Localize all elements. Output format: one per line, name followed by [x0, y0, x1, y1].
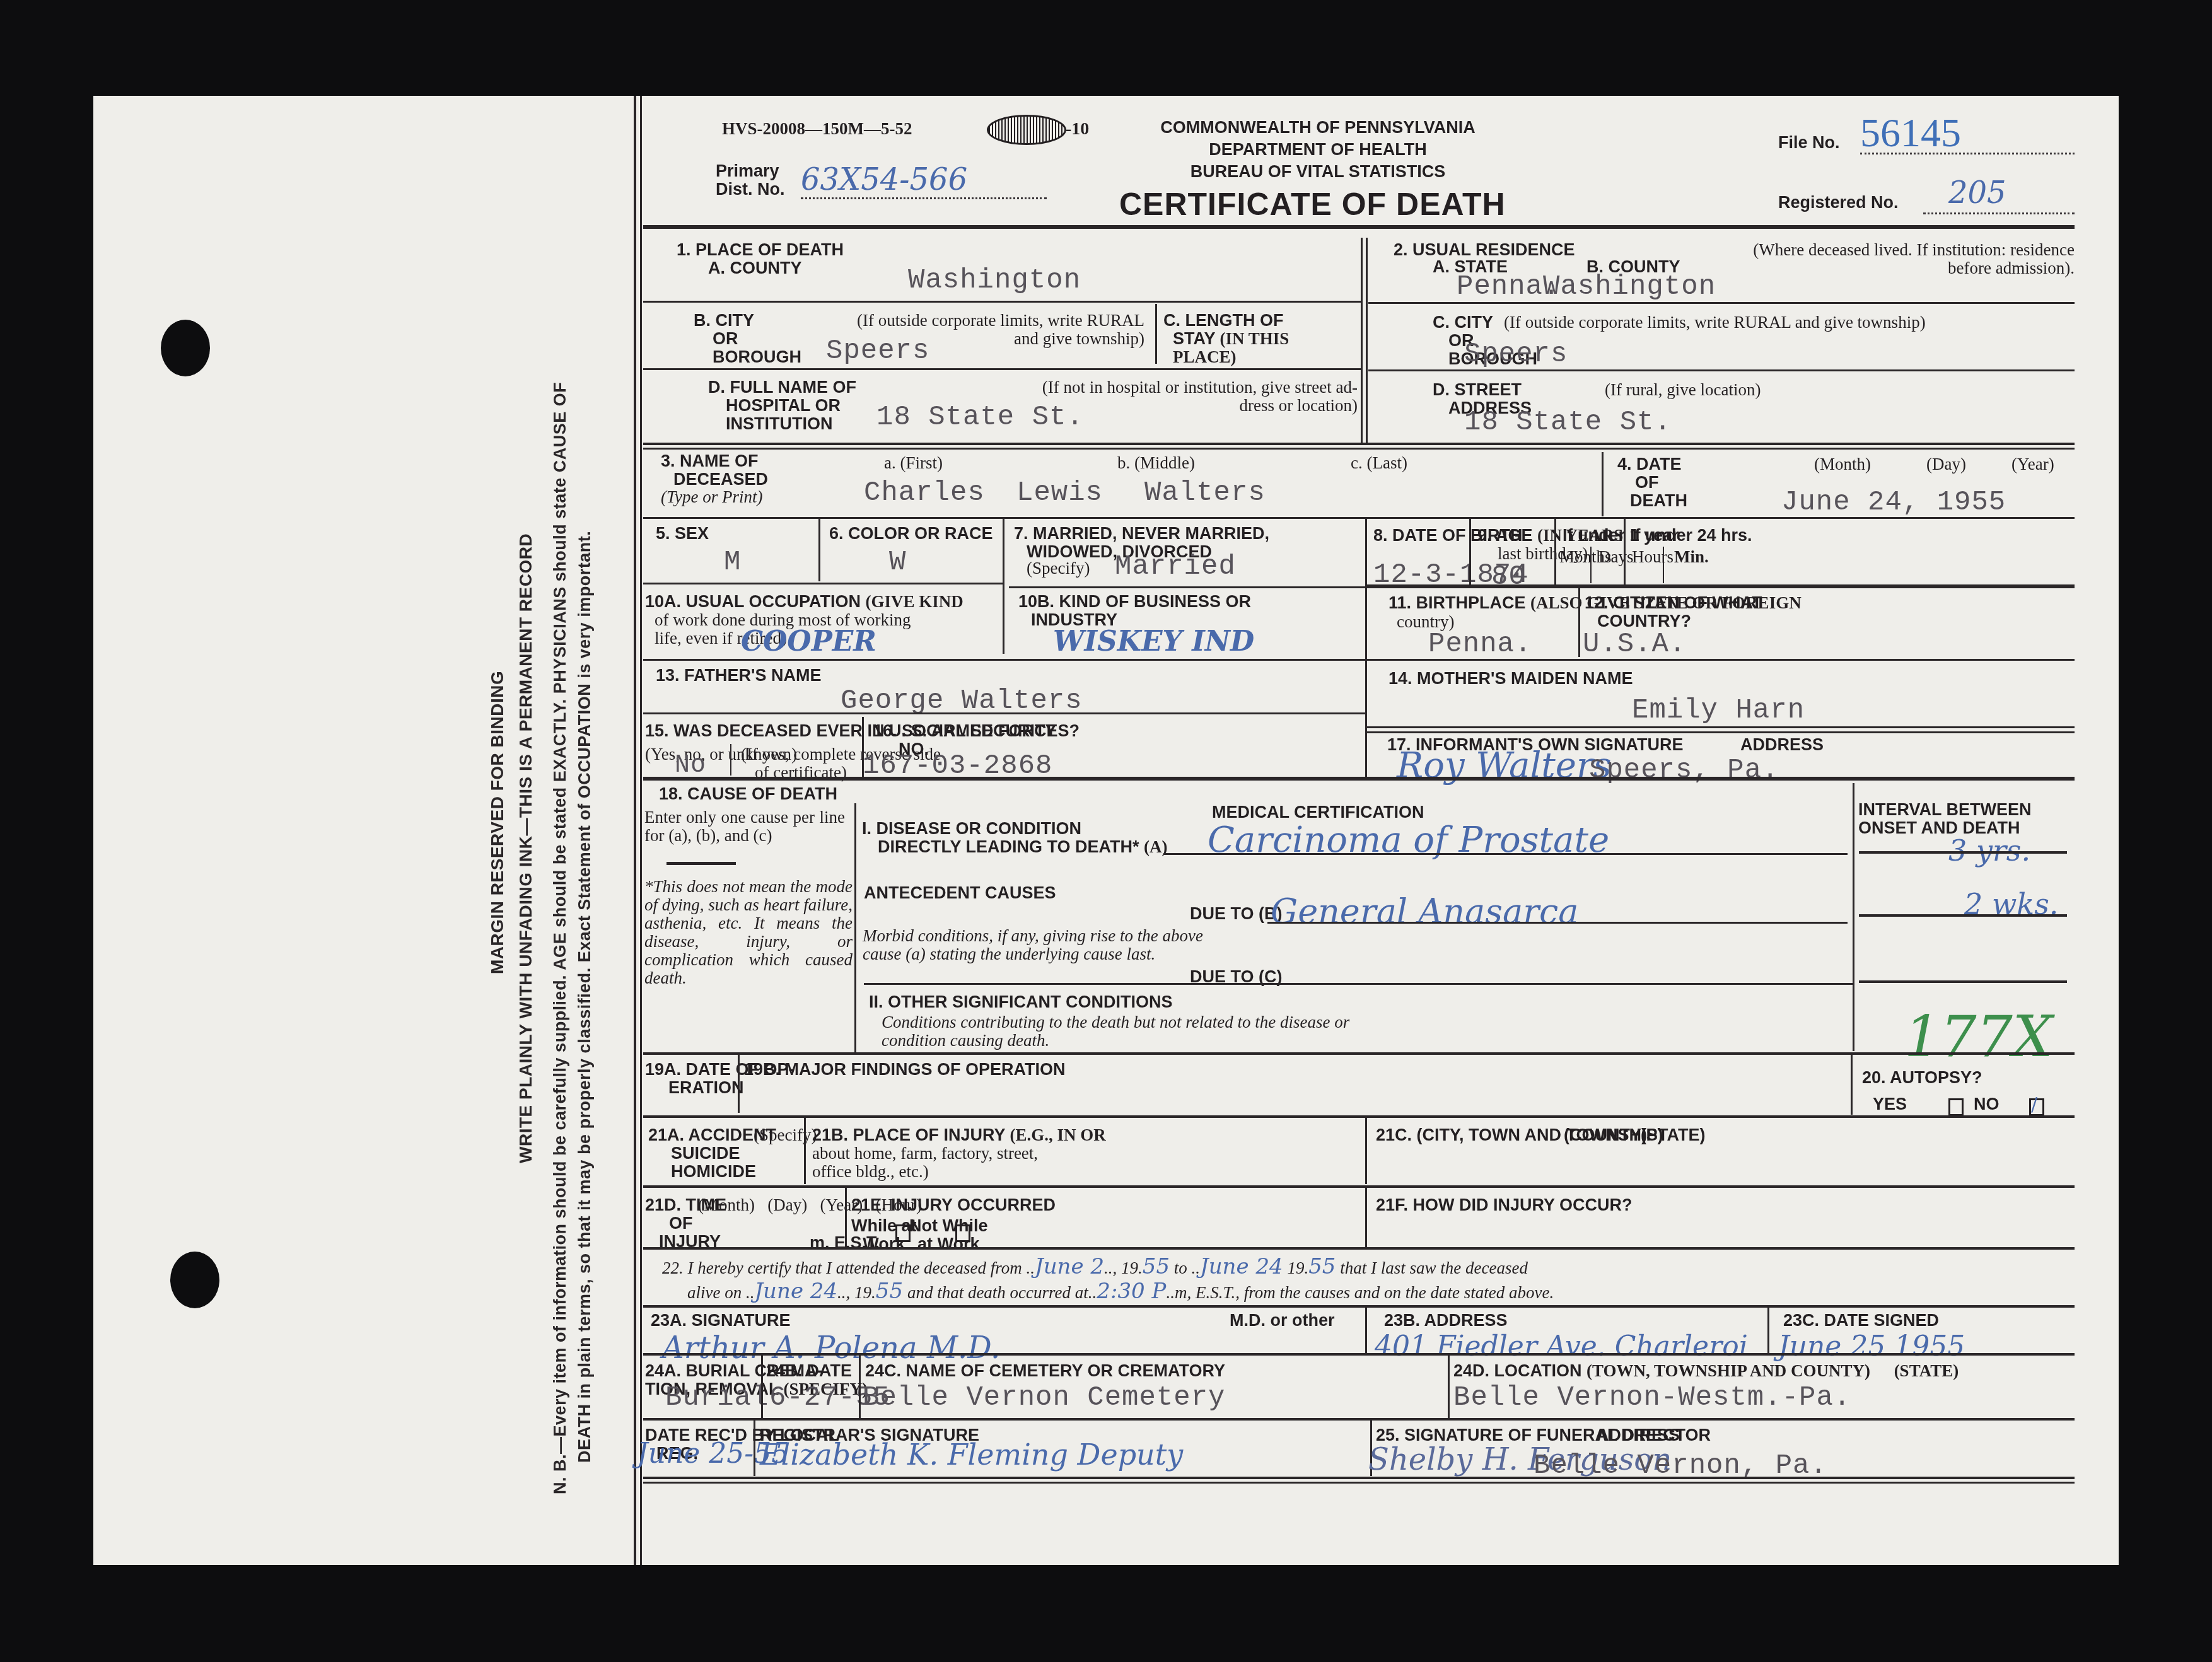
accident-specify: (Specify)	[754, 1126, 817, 1144]
res-street-value: 18 State St.	[1464, 407, 1672, 438]
autopsy-yes-label: YES	[1873, 1095, 1907, 1113]
rule	[643, 517, 2075, 519]
certify-line-2: alive on ..June 24.., 19.55 and that dea…	[687, 1282, 1554, 1302]
rule	[643, 1247, 2075, 1250]
section-rule	[643, 443, 2075, 445]
rule	[643, 301, 1361, 303]
injury-county-label: (COUNTY)	[1564, 1126, 1647, 1144]
punch-hole-top	[161, 320, 210, 376]
date-signed-value: June 25 1955	[1778, 1330, 1965, 1363]
disease-label: I. DISEASE OR CONDITIONDIRECTLY LEADING …	[862, 820, 1168, 856]
citizen-value: U.S.A.	[1583, 629, 1686, 660]
header-rule	[643, 225, 2075, 229]
under-24-label: If under 24 hrs.	[1630, 526, 1752, 545]
registered-no-field: 205	[1923, 184, 2075, 214]
res-street-note: (If rural, give location)	[1605, 381, 1761, 399]
operation-findings-label: 19b. MAJOR FINDINGS OF OPERATION	[744, 1061, 1066, 1079]
rule	[1365, 1118, 1367, 1184]
marital-value: Married	[1115, 551, 1236, 583]
rule	[1851, 1055, 1853, 1115]
place-of-death-county: Washington	[908, 265, 1081, 296]
rule	[859, 1356, 861, 1419]
how-injury-label: 21f. HOW DID INJURY OCCUR?	[1376, 1196, 1633, 1214]
burial-location-label: 24d. LOCATION (Town, township and county…	[1453, 1362, 1959, 1380]
agency-line-2: DEPARTMENT OF HEALTH	[1141, 140, 1494, 160]
rule	[730, 744, 731, 776]
hospital-value: 18 State St.	[876, 402, 1084, 433]
race-value: W	[889, 547, 906, 578]
punch-hole-bottom	[170, 1252, 219, 1308]
rule	[643, 1482, 2075, 1484]
dod-value: June 24, 1955	[1781, 487, 2006, 518]
business-label: 10b. KIND OF BUSINESS ORINDUSTRY	[1018, 593, 1251, 629]
name-type-or-print: (Type or Print)	[661, 488, 762, 506]
rule	[1624, 518, 1626, 584]
rule	[1009, 586, 2075, 588]
rule	[643, 1052, 2075, 1055]
rule	[1155, 304, 1157, 364]
attended-from-date: June 2	[1035, 1254, 1104, 1279]
mother-label: 14. MOTHER'S MAIDEN NAME	[1388, 670, 1633, 688]
min-label: Min.	[1674, 548, 1709, 566]
cause-label: 18. CAUSE OF DEATH	[659, 785, 837, 803]
rule	[643, 1477, 2075, 1479]
form-code: HVS-20008—150M—5-52	[722, 119, 912, 139]
cemetery-label: 24c. NAME OF CEMETERY OR CREMATORY	[865, 1362, 1225, 1380]
rule	[804, 1118, 806, 1184]
dod-year-label: (Year)	[2011, 455, 2054, 474]
rule	[643, 1418, 2075, 1421]
burial-type-value: Burial	[665, 1382, 769, 1414]
primary-dist-value: 63X54-566	[801, 162, 1047, 199]
agency-line-3: BUREAU OF VITAL STATISTICS	[1141, 162, 1494, 182]
first-name-value: Charles	[864, 477, 985, 509]
file-no-label: File No.	[1778, 134, 1840, 152]
rule	[667, 862, 736, 865]
autopsy-no-checkbox[interactable]: /	[2029, 1098, 2044, 1116]
rule	[1368, 302, 2075, 304]
sex-value: M	[724, 547, 741, 578]
res-county-value: Washington	[1543, 271, 1716, 303]
interval-label: INTERVAL BETWEENONSET AND DEATH	[1858, 801, 2032, 837]
rule	[1368, 369, 2075, 371]
death-time: 2:30 P	[1097, 1279, 1166, 1304]
due-to-b-label: DUE TO (b)	[1190, 905, 1283, 923]
interval-a-value: 3 yrs.	[1948, 834, 2030, 868]
rule	[754, 1421, 755, 1476]
physician-address-value: 401 Fiedler Ave. Charleroi	[1375, 1330, 1748, 1363]
dod-day-label: (Day)	[1926, 455, 1966, 474]
city-b-label: b. CITYORBOROUGH	[694, 311, 801, 366]
res-city-note: (If outside corporate limits, write RURA…	[1504, 313, 1926, 332]
res-city-value: Speers	[1464, 339, 1568, 370]
medical-cert-label: MEDICAL CERTIFICATION	[1212, 803, 1424, 822]
injury-state-label: (STATE)	[1641, 1126, 1705, 1144]
rule	[1448, 1356, 1450, 1419]
autopsy-label: 20. AUTOPSY?	[1862, 1069, 1982, 1087]
armed-forces-value: No	[675, 752, 706, 780]
injury-occurred-label: 21e. INJURY OCCURRED	[851, 1196, 1056, 1214]
rule	[818, 518, 820, 581]
antecedent-label: ANTECEDENT CAUSES	[864, 884, 1056, 902]
citizen-label: 12. CITIZEN OF WHATCOUNTRY?	[1585, 594, 1762, 631]
page-title: CERTIFICATE OF DEATH	[1119, 186, 1506, 223]
rule	[854, 803, 856, 1052]
rule	[1367, 584, 2075, 586]
informant-address-value: Speers, Pa.	[1589, 755, 1779, 786]
rule	[1590, 547, 1592, 583]
rule	[643, 1115, 2075, 1118]
md-or-other-label: M.D. or other	[1230, 1311, 1335, 1330]
place-of-injury-label: 21b. PLACE OF INJURY (e.g., in or	[812, 1126, 1106, 1144]
days-label: Days	[1598, 548, 1634, 566]
file-no-value: 56145	[1860, 110, 1961, 155]
rule	[1367, 726, 2075, 728]
occupation-label: 10a. USUAL OCCUPATION (Give kind	[645, 593, 963, 611]
sex-label: 5. SEX	[656, 525, 709, 543]
director-address-label: ADDRESS	[1597, 1426, 1680, 1444]
rule	[1859, 914, 2067, 917]
margin-nb-line1: N. B.—Every item of information should b…	[550, 382, 570, 1494]
dod-label: 4. DATEOFDEATH	[1617, 455, 1687, 510]
other-conditions-note: Conditions contributing to the death but…	[882, 1013, 1373, 1050]
hours-label: Hours	[1632, 548, 1674, 566]
rule	[738, 1055, 740, 1113]
business-value: WISKEY IND	[1053, 625, 1254, 658]
autopsy-no-label: NO	[1974, 1095, 2000, 1113]
place-of-injury-note: about home, farm, factory, street,office…	[812, 1144, 1038, 1181]
registered-no-value: 205	[1948, 175, 2006, 211]
rule	[643, 368, 1361, 370]
usual-residence-label: 2. USUAL RESIDENCE	[1394, 241, 1575, 259]
union-label-icon	[987, 115, 1066, 145]
certificate-form: HVS-20008—150M—5-52 -10 COMMONWEALTH OF …	[637, 96, 2081, 1565]
rule	[1578, 588, 1580, 657]
dod-month-label: (Month)	[1814, 455, 1871, 474]
place-of-death-label: 1. PLACE OF DEATHa. COUNTY	[677, 241, 844, 277]
rule	[1663, 547, 1664, 583]
rule	[643, 583, 1003, 584]
registrar-signature: Elizabeth K. Fleming Deputy	[760, 1438, 1183, 1472]
section-rule	[643, 777, 2075, 781]
rule	[1767, 1308, 1769, 1353]
while-at-work-checkbox[interactable]	[895, 1224, 911, 1242]
margin-binding-text: MARGIN RESERVED FOR BINDING	[487, 671, 508, 974]
rule	[1554, 518, 1556, 584]
section-rule-double	[643, 448, 2075, 450]
last-seen-year: 55	[876, 1279, 903, 1304]
birthplace-value: Penna.	[1428, 629, 1532, 660]
rule	[1003, 518, 1004, 654]
signature-label: 23a. SIGNATURE	[651, 1311, 791, 1330]
form-left-border	[634, 96, 636, 1565]
rule	[643, 1185, 2075, 1188]
rule	[761, 1356, 763, 1419]
last-name-label: c. (Last)	[1351, 454, 1407, 472]
rule	[1367, 731, 2075, 733]
autopsy-yes-checkbox[interactable]	[1948, 1098, 1964, 1116]
rule	[1365, 717, 1367, 777]
margin-nb-line2: DEATH in plain terms, so that it may be …	[575, 531, 595, 1463]
certify-line-1: 22. I hereby certify that I attended the…	[662, 1258, 1528, 1277]
code-mark: 177X	[1904, 1004, 2053, 1070]
marital-specify: (Specify)	[1027, 559, 1090, 578]
rule	[1365, 1188, 1367, 1248]
first-name-label: a. (First)	[884, 454, 943, 472]
cemetery-value: Belle Vernon Cemetery	[863, 1382, 1226, 1414]
divider-1-2b	[1366, 238, 1368, 443]
file-no-field: 56145	[1860, 121, 2075, 154]
not-while-at-work-checkbox[interactable]	[955, 1224, 970, 1242]
morbid-note: Morbid conditions, if any, giving rise t…	[863, 927, 1203, 963]
place-of-death-city: Speers	[826, 335, 929, 367]
registered-no-label: Registered No.	[1778, 194, 1899, 212]
rule	[643, 1353, 2075, 1356]
occupation-value: COOPER	[741, 625, 876, 658]
cause-footnote: *This does not mean the mode of dying, s…	[644, 878, 853, 987]
margin-ink-text: WRITE PLAINLY WITH UNFADING INK—THIS IS …	[516, 533, 536, 1163]
mother-value: Emily Harn	[1632, 695, 1805, 726]
race-label: 6. COLOR OR RACE	[829, 525, 993, 543]
rule	[643, 712, 1365, 714]
divider-1-2	[1361, 238, 1363, 443]
informant-address-label: ADDRESS	[1740, 736, 1824, 754]
burial-location-value: Belle Vernon-Westm.-Pa.	[1453, 1382, 1851, 1414]
rule	[1267, 922, 1848, 924]
primary-dist-label: PrimaryDist. No.	[716, 162, 785, 199]
middle-name-value: Lewis	[1016, 477, 1103, 509]
rule	[643, 659, 2075, 661]
rule	[864, 983, 1854, 985]
last-seen-date: June 24	[754, 1279, 837, 1304]
burial-date-label: 24b. DATE	[766, 1362, 852, 1380]
agency-line-1: COMMONWEALTH OF PENNSYLVANIA	[1141, 118, 1494, 137]
check-mark-icon: /	[2031, 1094, 2037, 1116]
age-value: 80	[1491, 561, 1526, 593]
date-signed-label: 23c. DATE SIGNED	[1783, 1311, 1939, 1330]
rule	[1365, 1308, 1367, 1353]
cause-b-value: General Anasarca	[1271, 892, 1578, 931]
attended-to-year: 55	[1308, 1254, 1336, 1279]
rule	[1859, 851, 2067, 854]
attended-from-year: 55	[1143, 1254, 1170, 1279]
rule	[1602, 452, 1604, 516]
rule	[845, 1188, 847, 1248]
rule	[1853, 783, 1854, 1051]
union-label-suffix: -10	[1066, 119, 1089, 139]
other-conditions-label: II. OTHER SIGNIFICANT CONDITIONS	[869, 993, 1173, 1011]
hospital-label: d. FULL NAME OFHOSPITAL ORINSTITUTION	[708, 378, 856, 433]
father-label: 13. FATHER'S NAME	[656, 666, 821, 685]
attended-to-date: June 24	[1200, 1254, 1283, 1279]
last-name-value: Walters	[1144, 477, 1266, 509]
physician-address-label: 23b. ADDRESS	[1384, 1311, 1508, 1330]
middle-name-label: b. (Middle)	[1117, 454, 1195, 472]
length-of-stay-label: c. LENGTH OFSTAY (In thisplace)	[1163, 311, 1289, 366]
rule	[643, 1305, 2075, 1308]
name-label: 3. NAME OFDECEASED	[661, 452, 768, 489]
rule	[1859, 980, 2067, 983]
physician-signature: Arthur A. Polena M.D.	[662, 1330, 1000, 1366]
rule	[1469, 518, 1471, 584]
cause-instructions: Enter only one cause per line for (a), (…	[644, 808, 845, 845]
rule	[1163, 853, 1848, 855]
